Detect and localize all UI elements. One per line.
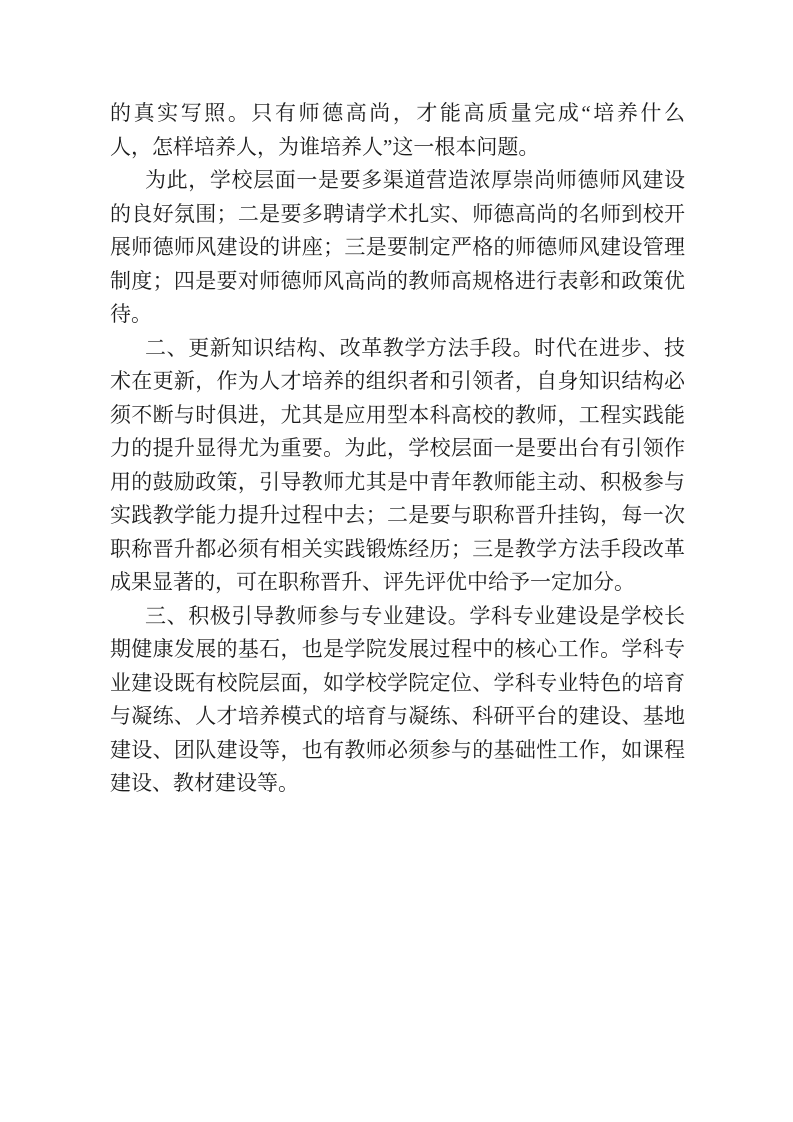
text-line: 术在更新，作为人才培养的组织者和引领者，自身知识结构必 (110, 365, 685, 399)
text-line: 成果显著的，可在职称晋升、评先评优中给予一定加分。 (110, 566, 685, 600)
paragraph: 三、积极引导教师参与专业建设。学科专业建设是学校长期健康发展的基石，也是学院发展… (110, 600, 685, 801)
text-line: 业建设既有校院层面，如学校学院定位、学科专业特色的培育 (110, 667, 685, 701)
text-line: 二、更新知识结构、改革教学方法手段。时代在进步、技 (110, 332, 685, 366)
text-line: 职称晋升都必须有相关实践锻炼经历；三是教学方法手段改革 (110, 533, 685, 567)
text-line: 建设、教材建设等。 (110, 767, 685, 801)
text-line: 人，怎样培养人，为谁培养人”这一根本问题。 (110, 131, 685, 165)
text-line: 待。 (110, 298, 685, 332)
text-line: 与凝练、人才培养模式的培育与凝练、科研平台的建设、基地 (110, 700, 685, 734)
text-line: 力的提升显得尤为重要。为此，学校层面一是要出台有引领作 (110, 432, 685, 466)
text-line: 期健康发展的基石，也是学院发展过程中的核心工作。学科专 (110, 633, 685, 667)
paragraph: 二、更新知识结构、改革教学方法手段。时代在进步、技术在更新，作为人才培养的组织者… (110, 332, 685, 600)
text-line: 用的鼓励政策，引导教师尤其是中青年教师能主动、积极参与 (110, 466, 685, 500)
text-line: 展师德师风建设的讲座；三是要制定严格的师德师风建设管理 (110, 231, 685, 265)
text-line: 的真实写照。只有师德高尚，才能高质量完成“培养什么 (110, 97, 685, 131)
text-line: 三、积极引导教师参与专业建设。学科专业建设是学校长 (110, 600, 685, 634)
text-line: 建设、团队建设等，也有教师必须参与的基础性工作，如课程 (110, 734, 685, 768)
document-body: 的真实写照。只有师德高尚，才能高质量完成“培养什么人，怎样培养人，为谁培养人”这… (110, 97, 685, 801)
paragraph: 的真实写照。只有师德高尚，才能高质量完成“培养什么人，怎样培养人，为谁培养人”这… (110, 97, 685, 164)
text-line: 实践教学能力提升过程中去；二是要与职称晋升挂钩，每一次 (110, 499, 685, 533)
text-line: 的良好氛围；二是要多聘请学术扎实、师德高尚的名师到校开 (110, 198, 685, 232)
document-page: 的真实写照。只有师德高尚，才能高质量完成“培养什么人，怎样培养人，为谁培养人”这… (0, 0, 793, 1122)
paragraph: 为此，学校层面一是要多渠道营造浓厚崇尚师德师风建设的良好氛围；二是要多聘请学术扎… (110, 164, 685, 332)
text-line: 须不断与时俱进，尤其是应用型本科高校的教师，工程实践能 (110, 399, 685, 433)
text-line: 为此，学校层面一是要多渠道营造浓厚崇尚师德师风建设 (110, 164, 685, 198)
text-line: 制度；四是要对师德师风高尚的教师高规格进行表彰和政策优 (110, 265, 685, 299)
